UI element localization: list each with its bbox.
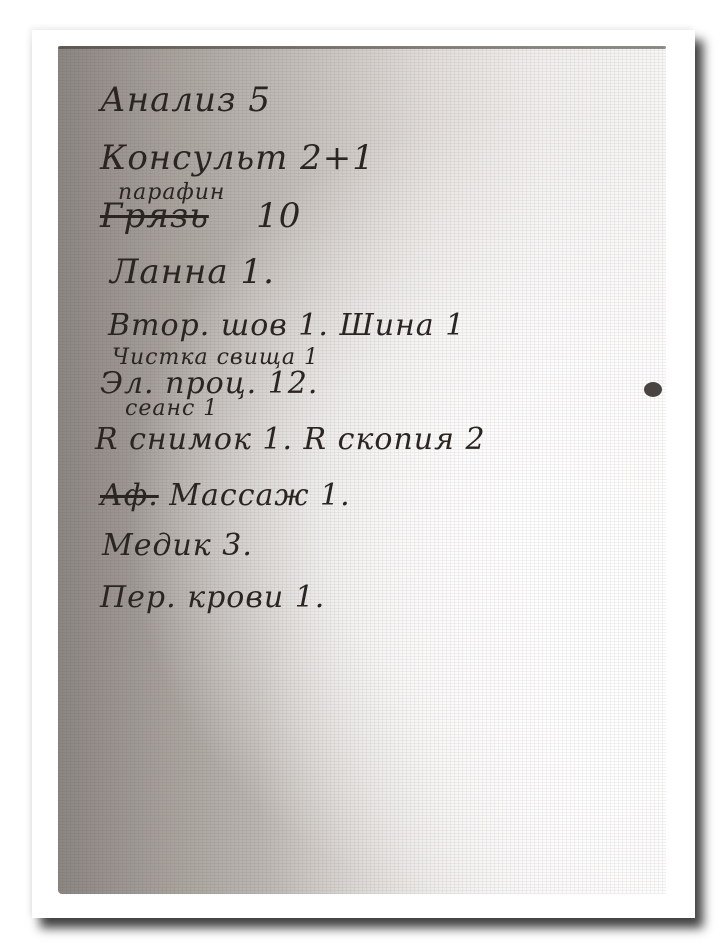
line-blood-transfusion: Пер. крови 1. xyxy=(100,580,325,615)
line-mud: Грязь 10 xyxy=(100,196,301,236)
line-session: сеанс 1 xyxy=(125,396,218,421)
massage-text: Массаж 1. xyxy=(169,478,350,513)
line-consult: Консульт 2+1 xyxy=(100,138,375,178)
line-xray: R снимок 1. R скопия 2 xyxy=(95,422,486,457)
struck-word: Грязь xyxy=(100,196,209,236)
line-analysis: Анализ 5 xyxy=(100,80,271,120)
line-bath: Ланна 1. xyxy=(110,252,275,292)
line-massage: Аф. Массаж 1. xyxy=(100,478,351,513)
mud-count: 10 xyxy=(221,196,302,236)
line-medic: Медик 3. xyxy=(102,528,253,563)
struck-prefix: Аф. xyxy=(100,478,159,513)
ink-blot xyxy=(644,382,662,397)
line-second-suture: Втор. шов 1. Шина 1 xyxy=(108,308,465,343)
